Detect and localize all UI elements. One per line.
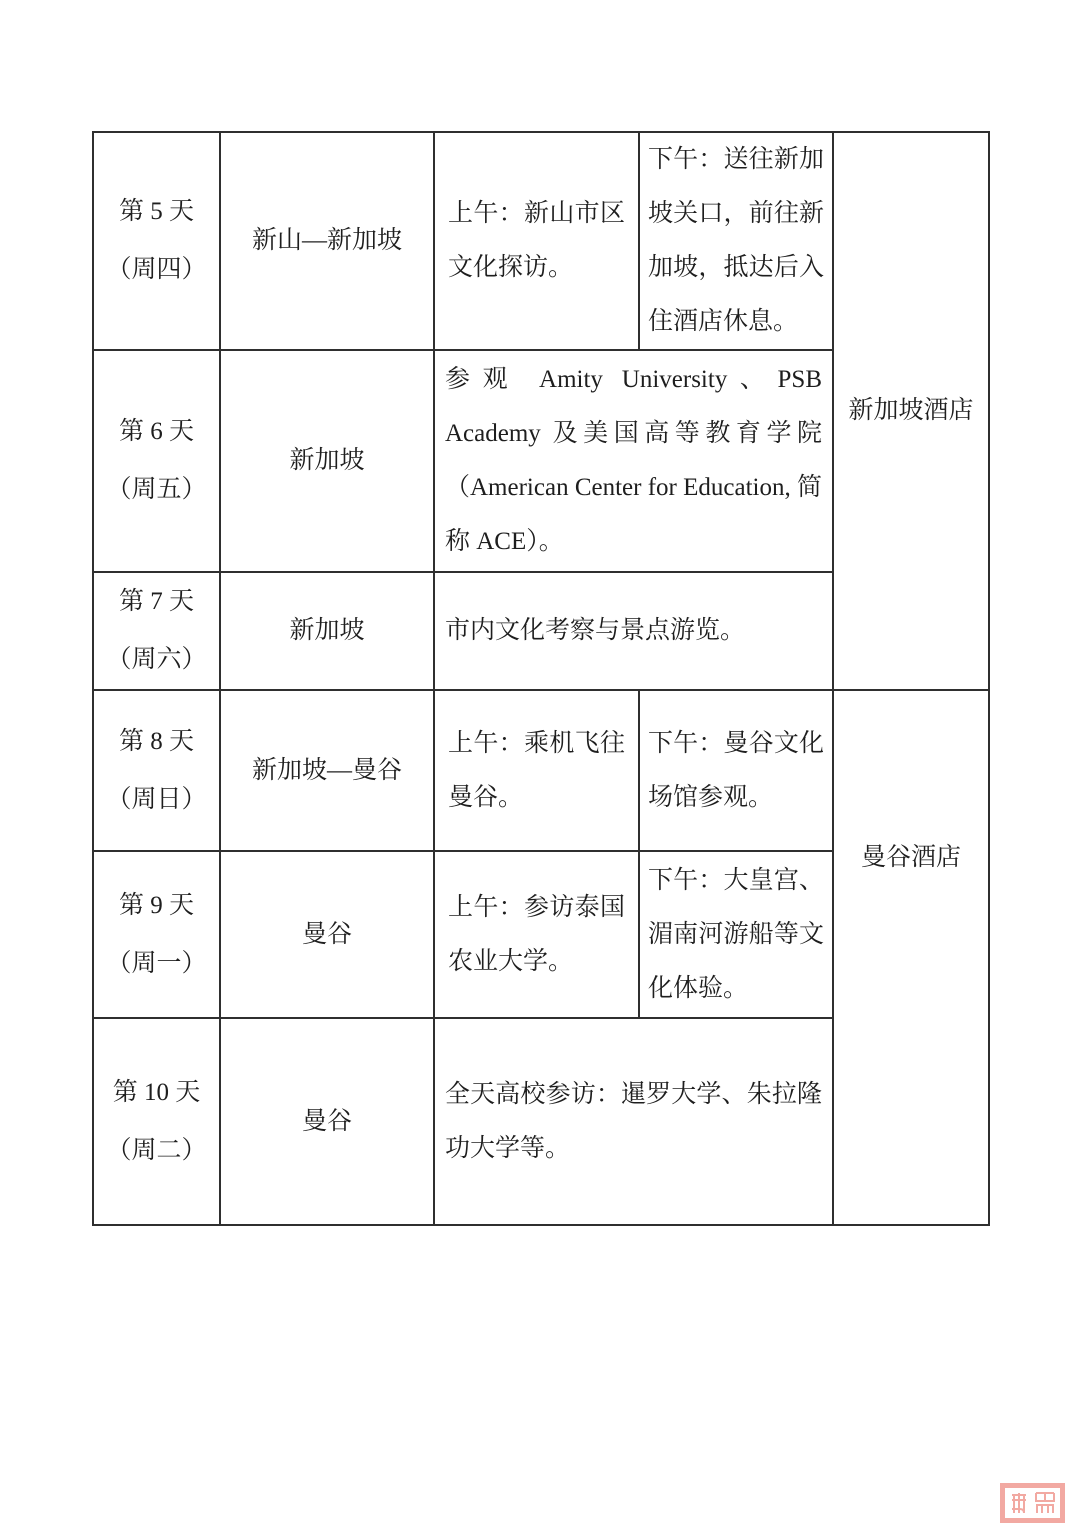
day-number: 第 6 天 — [98, 403, 215, 461]
cell-morning-9: 上午：参访泰国农业大学。 — [434, 851, 639, 1018]
cell-activity-6: 参观 Amity University、PSB Academy 及美国高等教育学… — [434, 350, 833, 572]
location-label: 新加坡 — [229, 434, 425, 488]
cell-location-6: 新加坡 — [220, 350, 434, 572]
day-weekday: （周日） — [98, 771, 215, 829]
day-number: 第 9 天 — [98, 877, 215, 935]
cell-morning-8: 上午：乘机飞往曼谷。 — [434, 690, 639, 851]
cell-location-7: 新加坡 — [220, 572, 434, 690]
day-weekday: （周二） — [98, 1122, 215, 1180]
cell-hotel-bangkok: 曼谷酒店 — [833, 690, 989, 1225]
day-number: 第 7 天 — [98, 573, 215, 631]
cell-day-8: 第 8 天 （周日） — [93, 690, 220, 851]
cell-location-10: 曼谷 — [220, 1018, 434, 1225]
seal-stamp-icon — [1000, 1483, 1065, 1523]
morning-activity: 上午：乘机飞往曼谷。 — [448, 717, 625, 825]
fullday-activity: 市内文化考察与景点游览。 — [445, 604, 822, 658]
table-row: 第 5 天 （周四） 新山—新加坡 上午：新山市区文化探访。 下午：送往新加坡关… — [93, 132, 989, 350]
day-weekday: （周一） — [98, 935, 215, 993]
afternoon-activity: 下午：曼谷文化场馆参观。 — [648, 717, 824, 825]
cell-hotel-singapore: 新加坡酒店 — [833, 132, 989, 690]
afternoon-activity: 下午：送往新加坡关口，前往新加坡，抵达后入住酒店休息。 — [648, 133, 824, 349]
cell-activity-7: 市内文化考察与景点游览。 — [434, 572, 833, 690]
cell-day-10: 第 10 天 （周二） — [93, 1018, 220, 1225]
itinerary-table: 第 5 天 （周四） 新山—新加坡 上午：新山市区文化探访。 下午：送往新加坡关… — [92, 131, 990, 1226]
afternoon-activity: 下午：大皇宫、湄南河游船等文化体验。 — [648, 854, 824, 1016]
location-label: 曼谷 — [229, 1095, 425, 1149]
location-label: 新加坡—曼谷 — [229, 744, 425, 798]
cell-day-9: 第 9 天 （周一） — [93, 851, 220, 1018]
cell-day-6: 第 6 天 （周五） — [93, 350, 220, 572]
day-weekday: （周五） — [98, 461, 215, 519]
hotel-label: 新加坡酒店 — [840, 384, 982, 438]
cell-location-5: 新山—新加坡 — [220, 132, 434, 350]
morning-activity: 上午：参访泰国农业大学。 — [448, 881, 625, 989]
cell-day-5: 第 5 天 （周四） — [93, 132, 220, 350]
fullday-activity: 参观 Amity University、PSB Academy 及美国高等教育学… — [445, 353, 822, 569]
day-weekday: （周四） — [98, 241, 215, 299]
hotel-label: 曼谷酒店 — [840, 831, 982, 885]
cell-activity-10: 全天高校参访：暹罗大学、朱拉隆功大学等。 — [434, 1018, 833, 1225]
table-row: 第 8 天 （周日） 新加坡—曼谷 上午：乘机飞往曼谷。 下午：曼谷文化场馆参观… — [93, 690, 989, 851]
day-number: 第 10 天 — [98, 1064, 215, 1122]
morning-activity: 上午：新山市区文化探访。 — [448, 187, 625, 295]
cell-day-7: 第 7 天 （周六） — [93, 572, 220, 690]
cell-location-9: 曼谷 — [220, 851, 434, 1018]
day-number: 第 8 天 — [98, 713, 215, 771]
document-page: 第 5 天 （周四） 新山—新加坡 上午：新山市区文化探访。 下午：送往新加坡关… — [0, 0, 1080, 1527]
location-label: 曼谷 — [229, 908, 425, 962]
cell-morning-5: 上午：新山市区文化探访。 — [434, 132, 639, 350]
day-number: 第 5 天 — [98, 183, 215, 241]
day-weekday: （周六） — [98, 631, 215, 689]
cell-afternoon-5: 下午：送往新加坡关口，前往新加坡，抵达后入住酒店休息。 — [639, 132, 833, 350]
fullday-activity: 全天高校参访：暹罗大学、朱拉隆功大学等。 — [445, 1068, 822, 1176]
cell-afternoon-8: 下午：曼谷文化场馆参观。 — [639, 690, 833, 851]
location-label: 新山—新加坡 — [229, 214, 425, 268]
cell-location-8: 新加坡—曼谷 — [220, 690, 434, 851]
location-label: 新加坡 — [229, 604, 425, 658]
cell-afternoon-9: 下午：大皇宫、湄南河游船等文化体验。 — [639, 851, 833, 1018]
